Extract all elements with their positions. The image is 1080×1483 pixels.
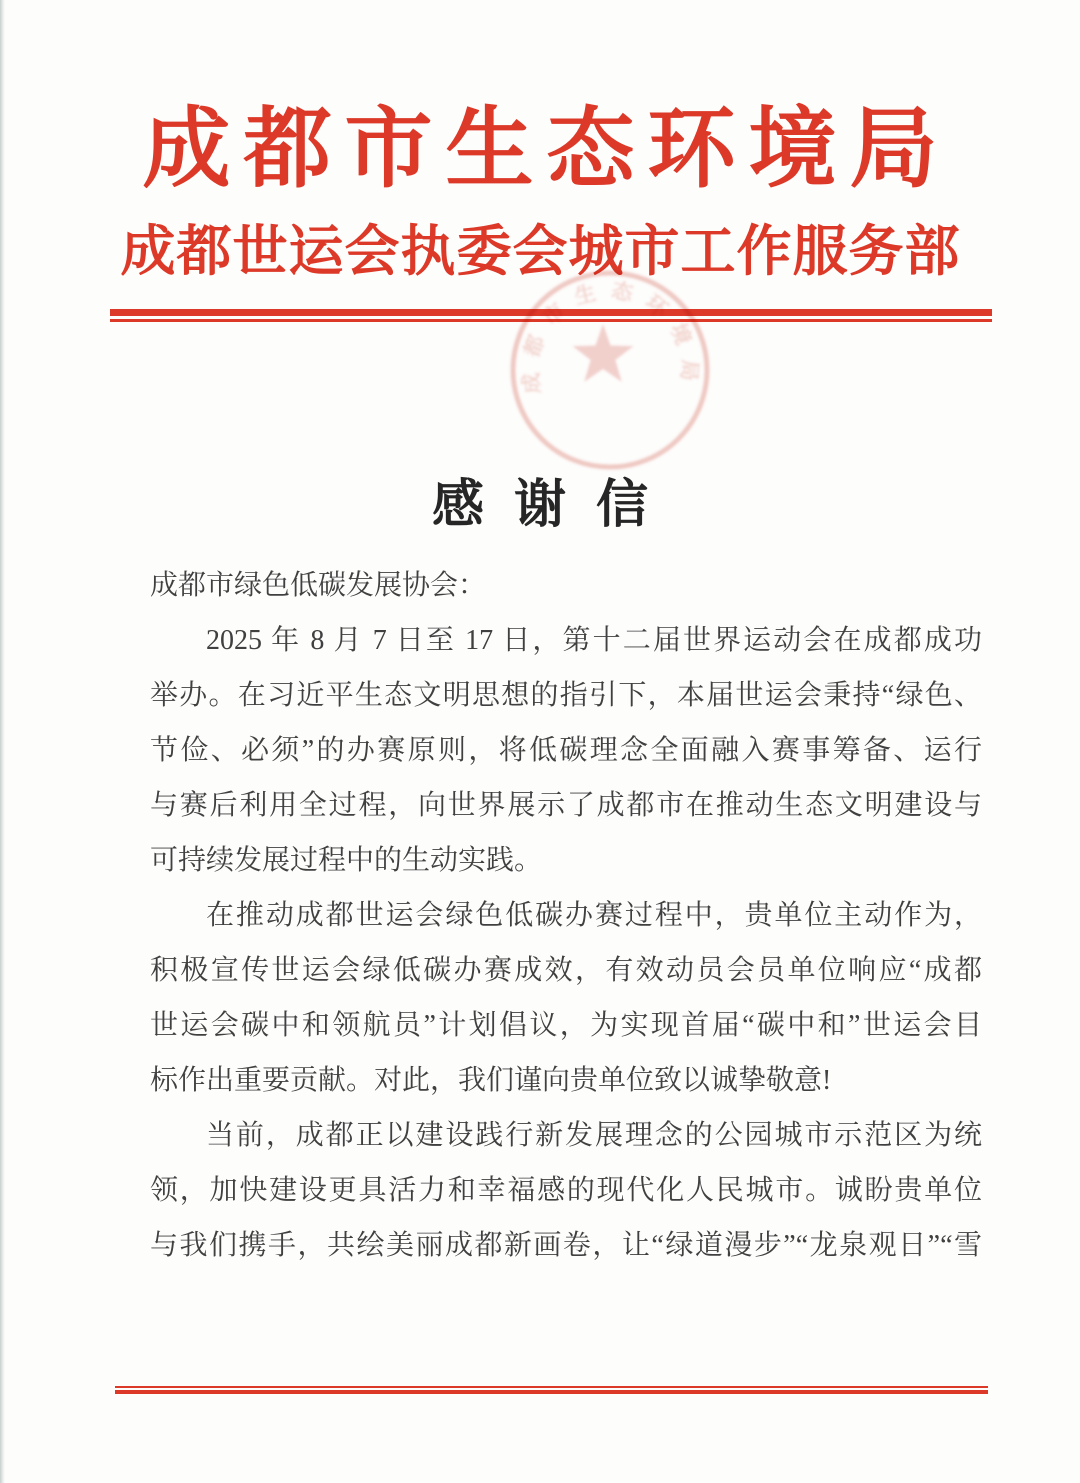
letter-salutation: 成都市绿色低碳发展协会： [150,558,982,613]
body-line: 节俭、必须”的办赛原则，将低碳理念全面融入赛事筹备、运行 [150,723,982,778]
letter-body: 成都市绿色低碳发展协会： 2025 年 8 月 7 日至 17 日，第十二届世界… [150,558,982,1273]
seal-ring [513,273,707,467]
letter-title: 感谢信 [0,478,1080,534]
official-seal-stamp-icon: 成都市生态环境局 [504,264,716,476]
body-line: 世运会碳中和领航员”计划倡议，为实现首届“碳中和”世运会目 [150,998,982,1053]
body-line: 举办。在习近平生态文明思想的指引下，本届世运会秉持“绿色、 [150,668,982,723]
body-line: 2025 年 8 月 7 日至 17 日，第十二届世界运动会在成都成功 [150,613,982,668]
letterhead-org-name: 成都市生态环境局 [0,100,1080,201]
body-line: 在推动成都世运会绿色低碳办赛过程中，贵单位主动作为， [150,888,982,943]
body-line: 与赛后利用全过程，向世界展示了成都市在推动生态文明建设与 [150,778,982,833]
seal-star-icon [573,324,634,382]
body-line: 标作出重要贡献。对此，我们谨向贵单位致以诚挚敬意! [150,1053,982,1108]
letterhead-divider-rule [110,309,992,322]
body-line: 积极宣传世运会绿低碳办赛成效，有效动员会员单位响应“成都 [150,943,982,998]
scanned-letter-page: 成都市生态环境局 成都世运会执委会城市工作服务部 成都市生态环境局 感谢信 [0,0,1080,1483]
letterhead-dept-name: 成都世运会执委会城市工作服务部 [0,222,1080,283]
seal-arc-text: 成都市生态环境局 [518,278,702,395]
body-line: 当前，成都正以建设践行新发展理念的公园城市示范区为统 [150,1108,982,1163]
svg-text:成都市生态环境局: 成都市生态环境局 [518,278,702,395]
body-line: 与我们携手，共绘美丽成都新画卷，让“绿道漫步”“龙泉观日”“雪 [150,1218,982,1273]
body-line: 可持续发展过程中的生动实践。 [150,833,982,888]
body-line: 领，加快建设更具活力和幸福感的现代化人民城市。诚盼贵单位 [150,1163,982,1218]
footer-divider-rule [115,1386,988,1394]
